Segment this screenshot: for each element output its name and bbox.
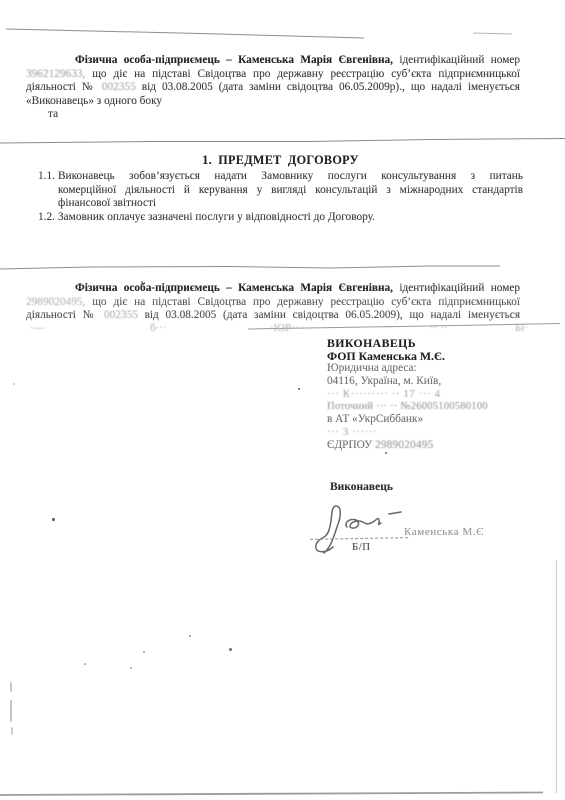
edrpou-number-redacted: 2989020495 — [375, 439, 433, 451]
item-number: 1.2. — [38, 211, 55, 225]
subject-heading: 1. ПРЕДМЕТ ДОГОВОРУ — [38, 154, 523, 168]
faded-cutoff-line: ·— б··· ·ЮР·· ·· ·· Бі· — [26, 322, 546, 334]
item-line: Замовник оплачує зазначені послуги у від… — [58, 211, 523, 225]
faded-line-fragment: б··· — [150, 322, 167, 334]
party-line: діяльності № 002355 від 03.08.2005 (дата… — [26, 81, 520, 95]
faded-line-fragment: ·ЮР·· — [270, 322, 298, 334]
scan-speck — [10, 700, 12, 722]
party-line-text: що діє на підставі Свідоцтва про державн… — [92, 296, 520, 308]
party-paragraph-repeat: Фізична особа-підприємець – Каменська Ма… — [26, 282, 520, 323]
signer-name-faded: Каменська М.Є — [404, 526, 484, 538]
reg-number-redacted: 002355 — [104, 309, 138, 321]
party-line: 2989020495, що діє на підставі Свідоцтва… — [26, 296, 520, 310]
item-line: фінансової звітності — [58, 197, 523, 211]
party-line-text: від 03.08.2005 (дата заміни свідоцтва 06… — [145, 309, 520, 321]
party-line: 3962129633, що діє на підставі Свідоцтва… — [26, 68, 520, 82]
city-line: 04116, Україна, м. Київ, — [327, 375, 557, 388]
scan-speck — [385, 452, 387, 454]
party-line-text: діяльності № — [26, 81, 96, 93]
faded-line-fragment: ·— — [30, 322, 45, 334]
stamp-note: Б/П — [352, 541, 371, 553]
party-line-text: що діє на підставі Свідоцтва про державн… — [92, 68, 520, 80]
faded-line-fragment: Бі· — [515, 322, 528, 334]
party-lead-bold: Фізична особа-підприємець – Каменська Ма… — [75, 54, 393, 66]
edrpou-line: ЄДРПОУ 2989020495 — [327, 439, 557, 452]
scan-speck — [52, 518, 55, 521]
account-line-redacted: Поточний ··· ·· №26005100580100 — [327, 401, 557, 414]
scan-speck — [141, 281, 143, 283]
item-line: Виконавець зобов’язується надати Замовни… — [58, 170, 523, 184]
reg-number-redacted: 002355 — [102, 81, 136, 93]
party-line: Фізична особа-підприємець – Каменська Ма… — [26, 54, 520, 68]
faded-line-fragment: ·· ·· — [430, 322, 447, 334]
party-lead-bold: Фізична особа-підприємець – Каменська Ма… — [75, 282, 393, 294]
party-line-text: ідентифікаційний номер — [399, 282, 520, 294]
scan-speck — [11, 727, 13, 735]
scan-speck — [189, 635, 191, 637]
item-line: комерційної діяльності й керування у виг… — [58, 184, 523, 198]
signature-label: Виконавець — [330, 481, 393, 493]
party-line: «Виконавець» з одного боку — [26, 95, 520, 109]
party-paragraph-top: Фізична особа-підприємець – Каменська Ма… — [26, 54, 520, 122]
scan-speck — [298, 388, 300, 390]
subject-section: 1. ПРЕДМЕТ ДОГОВОРУ 1.1. Виконавець зобо… — [38, 154, 523, 224]
item-number: 1.1. — [38, 170, 55, 184]
scan-speck — [143, 651, 145, 653]
edrpou-label: ЄДРПОУ — [327, 439, 372, 451]
scanned-contract-page: Фізична особа-підприємець – Каменська Ма… — [0, 0, 565, 800]
legal-address-label: Юридична адреса: — [327, 362, 557, 375]
party-line-text: ідентифікаційний номер — [399, 54, 520, 66]
signature-dashed-line — [310, 523, 408, 540]
id-number-redacted: 2989020495, — [26, 296, 85, 308]
scan-speck — [130, 667, 132, 669]
contract-item-1-1: 1.1. Виконавець зобов’язується надати За… — [38, 170, 523, 211]
scan-speck — [13, 383, 15, 385]
executor-title: ВИКОНАВЕЦЬ — [327, 337, 557, 350]
executor-name: ФОП Каменська М.Є. — [327, 350, 557, 363]
executor-details-block: ВИКОНАВЕЦЬ ФОП Каменська М.Є. Юридична а… — [327, 337, 557, 451]
scan-speck — [84, 663, 86, 665]
party-line-text: від 03.08.2005 (дата заміни свідоцтва 06… — [142, 81, 520, 93]
street-line-redacted: ··· К········· ·· 17 ··· 4 — [327, 388, 557, 401]
bank-line: в АТ «УкрСиббанк» — [327, 413, 557, 426]
party-line-ta: та — [26, 108, 520, 122]
party-line: діяльності № 002355 від 03.08.2005 (дата… — [26, 309, 520, 323]
scan-speck — [10, 682, 12, 692]
contract-item-1-2: 1.2. Замовник оплачує зазначені послуги … — [38, 211, 523, 225]
id-number-redacted: 3962129633, — [26, 68, 85, 80]
scan-speck — [229, 648, 232, 651]
party-line-text: діяльності № — [26, 309, 97, 321]
mfo-line-redacted: ··· З ······ — [327, 426, 557, 439]
party-line: Фізична особа-підприємець – Каменська Ма… — [26, 282, 520, 296]
